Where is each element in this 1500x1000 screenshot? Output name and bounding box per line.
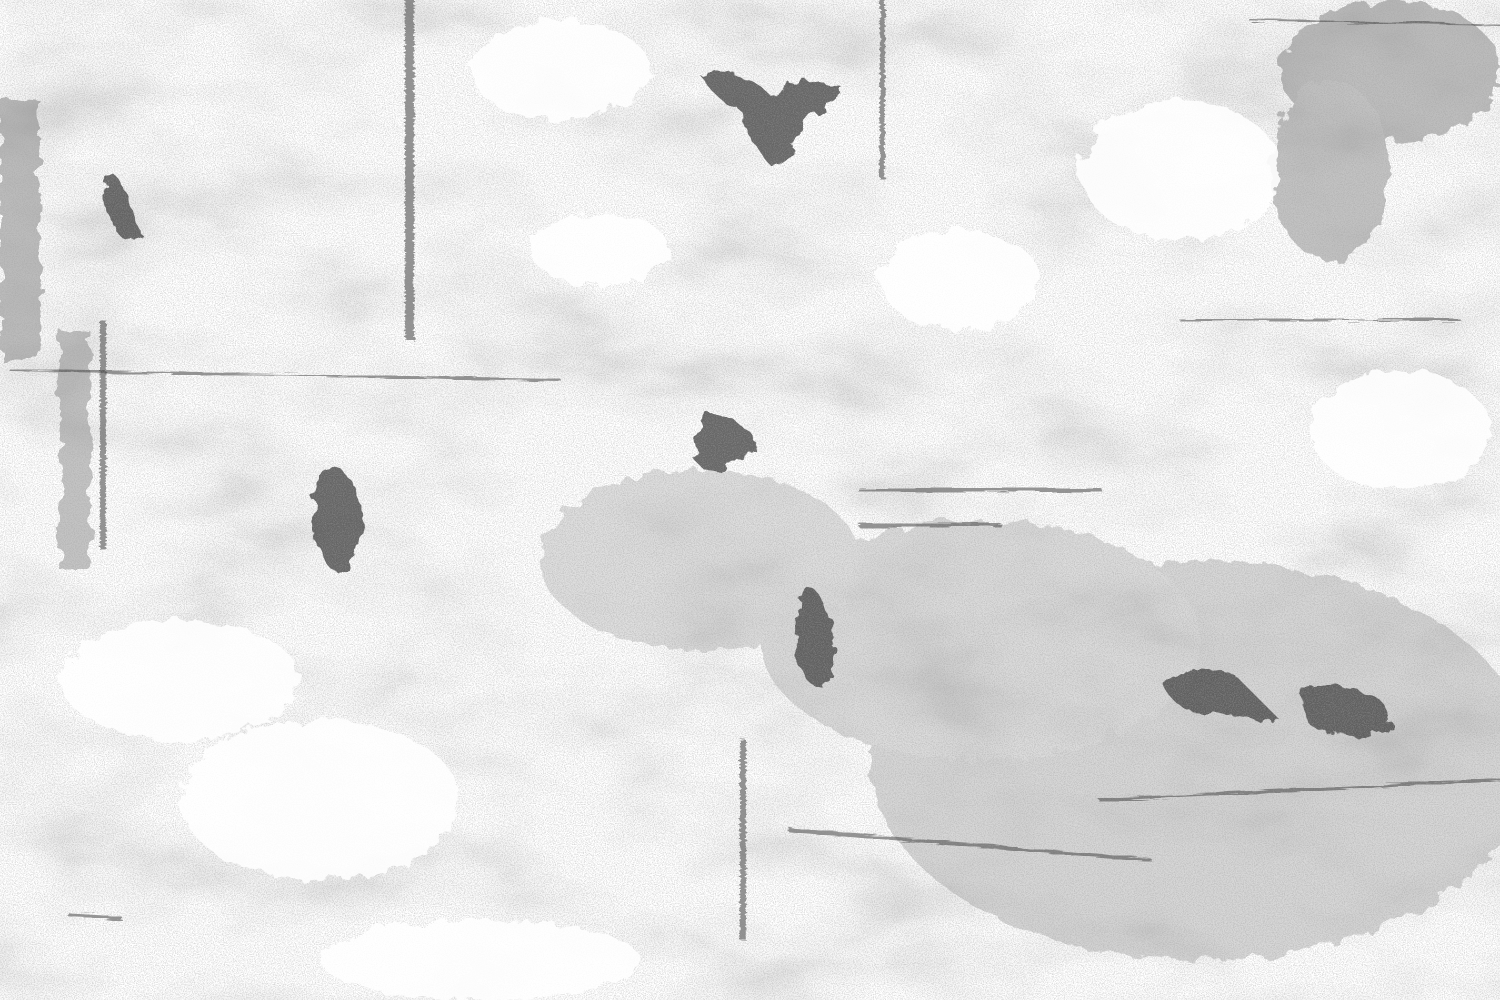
grunge-texture-svg [0,0,1500,1000]
grunge-texture-canvas [0,0,1500,1000]
